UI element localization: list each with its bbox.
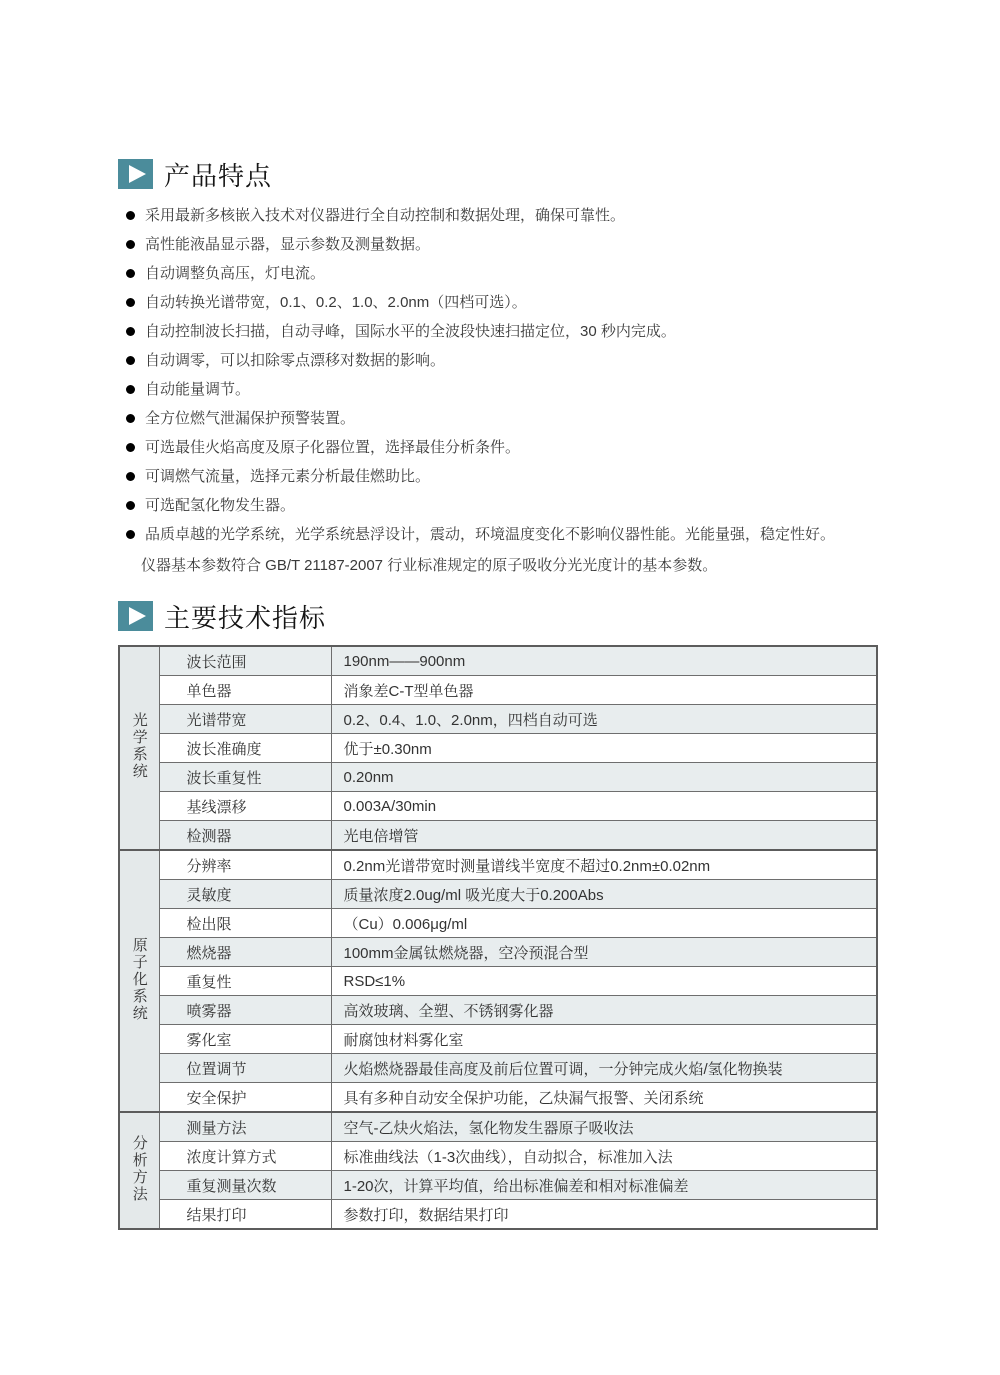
spec-value-cell: 0.2nm光谱带宽时测量谱线半宽度不超过0.2nm±0.02nm (331, 850, 877, 880)
feature-item: 高性能液晶显示器，显示参数及测量数据。 (126, 236, 906, 254)
spec-value-cell: 光电倍增管 (331, 821, 877, 851)
feature-item: 自动能量调节。 (126, 381, 906, 399)
feature-text: 采用最新多核嵌入技术对仪器进行全自动控制和数据处理，确保可靠性。 (145, 207, 625, 225)
spec-row: 波长准确度 优于±0.30nm (119, 734, 877, 763)
feature-item: 可选最佳火焰高度及原子化器位置，选择最佳分析条件。 (126, 439, 906, 457)
feature-item: 可选配氢化物发生器。 (126, 497, 906, 515)
spec-group-cell-atomizer: 原子化系统 (119, 850, 159, 1112)
spec-row: 位置调节 火焰燃烧器最佳高度及前后位置可调，一分钟完成火焰/氢化物换装 (119, 1054, 877, 1083)
spec-label-cell: 结果打印 (159, 1200, 331, 1230)
spec-group-label: 原子化系统 (132, 937, 147, 1022)
feature-item: 采用最新多核嵌入技术对仪器进行全自动控制和数据处理，确保可靠性。 (126, 207, 906, 225)
feature-text: 自动能量调节。 (145, 381, 250, 399)
standards-note: 仪器基本参数符合 GB/T 21187-2007 行业标准规定的原子吸收分光光度… (141, 557, 1000, 575)
spec-label-cell: 分辨率 (159, 850, 331, 880)
spec-table: 光学系统 波长范围 190nm——900nm 单色器 消象差C-T型单色器 光谱… (118, 645, 878, 1230)
feature-item: 可调燃气流量，选择元素分析最佳燃助比。 (126, 468, 906, 486)
feature-text: 可选最佳火焰高度及原子化器位置，选择最佳分析条件。 (145, 439, 520, 457)
spec-label-cell: 测量方法 (159, 1112, 331, 1142)
feature-list: 采用最新多核嵌入技术对仪器进行全自动控制和数据处理，确保可靠性。 高性能液晶显示… (126, 207, 906, 544)
spec-value-cell: 1-20次，计算平均值，给出标准偏差和相对标准偏差 (331, 1171, 877, 1200)
spec-label-cell: 重复性 (159, 967, 331, 996)
spec-group-cell-analysis: 分析方法 (119, 1112, 159, 1229)
spec-row: 光学系统 波长范围 190nm——900nm (119, 646, 877, 676)
section-product-features: 产品特点 采用最新多核嵌入技术对仪器进行全自动控制和数据处理，确保可靠性。 高性… (118, 158, 1000, 575)
bullet-icon (126, 356, 135, 365)
spec-value-cell: 具有多种自动安全保护功能，乙炔漏气报警、关闭系统 (331, 1083, 877, 1113)
bullet-icon (126, 327, 135, 336)
section-header-features: 产品特点 (118, 158, 1000, 190)
feature-item: 自动转换光谱带宽，0.1、0.2、1.0、2.0nm（四档可选）。 (126, 294, 906, 312)
feature-item: 自动调整负高压，灯电流。 (126, 265, 906, 283)
spec-group-cell-optical: 光学系统 (119, 646, 159, 850)
feature-item: 自动控制波长扫描，自动寻峰，国际水平的全波段快速扫描定位，30 秒内完成。 (126, 323, 906, 341)
spec-row: 灵敏度 质量浓度2.0ug/ml 吸光度大于0.200Abs (119, 880, 877, 909)
bullet-icon (126, 211, 135, 220)
bullet-icon (126, 385, 135, 394)
spec-value-cell: 质量浓度2.0ug/ml 吸光度大于0.200Abs (331, 880, 877, 909)
spec-row: 雾化室 耐腐蚀材料雾化室 (119, 1025, 877, 1054)
spec-label-cell: 波长准确度 (159, 734, 331, 763)
arrow-right-icon (118, 159, 153, 189)
spec-value-cell: 参数打印，数据结果打印 (331, 1200, 877, 1230)
feature-text: 可选配氢化物发生器。 (145, 497, 295, 515)
spec-row: 浓度计算方式 标准曲线法（1-3次曲线），自动拟合，标准加入法 (119, 1142, 877, 1171)
bullet-icon (126, 298, 135, 307)
spec-value-cell: 高效玻璃、全塑、不锈钢雾化器 (331, 996, 877, 1025)
spec-value-cell: 标准曲线法（1-3次曲线），自动拟合，标准加入法 (331, 1142, 877, 1171)
spec-row: 单色器 消象差C-T型单色器 (119, 676, 877, 705)
section-title-features: 产品特点 (164, 156, 272, 193)
feature-text: 可调燃气流量，选择元素分析最佳燃助比。 (145, 468, 430, 486)
spec-row: 安全保护 具有多种自动安全保护功能，乙炔漏气报警、关闭系统 (119, 1083, 877, 1113)
spec-value-cell: 优于±0.30nm (331, 734, 877, 763)
spec-row: 原子化系统 分辨率 0.2nm光谱带宽时测量谱线半宽度不超过0.2nm±0.02… (119, 850, 877, 880)
spec-label-cell: 燃烧器 (159, 938, 331, 967)
spec-value-cell: 火焰燃烧器最佳高度及前后位置可调，一分钟完成火焰/氢化物换装 (331, 1054, 877, 1083)
spec-value-cell: 0.003A/30min (331, 792, 877, 821)
triangle-glyph (129, 165, 146, 183)
triangle-glyph (129, 607, 146, 625)
feature-item: 自动调零，可以扣除零点漂移对数据的影响。 (126, 352, 906, 370)
spec-value-cell: 耐腐蚀材料雾化室 (331, 1025, 877, 1054)
bullet-icon (126, 414, 135, 423)
bullet-icon (126, 530, 135, 539)
arrow-right-icon (118, 601, 153, 631)
spec-group-label: 分析方法 (132, 1135, 147, 1203)
bullet-icon (126, 472, 135, 481)
spec-row: 重复测量次数 1-20次，计算平均值，给出标准偏差和相对标准偏差 (119, 1171, 877, 1200)
spec-row: 检测器 光电倍增管 (119, 821, 877, 851)
spec-value-cell: （Cu）0.006μg/ml (331, 909, 877, 938)
spec-label-cell: 安全保护 (159, 1083, 331, 1113)
spec-label-cell: 波长范围 (159, 646, 331, 676)
feature-text: 自动调零，可以扣除零点漂移对数据的影响。 (145, 352, 445, 370)
spec-row: 波长重复性 0.20nm (119, 763, 877, 792)
feature-text: 自动转换光谱带宽，0.1、0.2、1.0、2.0nm（四档可选）。 (145, 294, 527, 312)
spec-value-cell: 空气-乙炔火焰法，氢化物发生器原子吸收法 (331, 1112, 877, 1142)
bullet-icon (126, 269, 135, 278)
spec-label-cell: 光谱带宽 (159, 705, 331, 734)
spec-label-cell: 灵敏度 (159, 880, 331, 909)
spec-value-cell: 100mm金属钛燃烧器，空冷预混合型 (331, 938, 877, 967)
bullet-icon (126, 501, 135, 510)
section-technical-specs: 主要技术指标 光学系统 波长范围 190nm——900nm 单色器 消象差C-T… (118, 600, 1000, 1230)
spec-label-cell: 波长重复性 (159, 763, 331, 792)
spec-label-cell: 雾化室 (159, 1025, 331, 1054)
feature-text: 自动调整负高压，灯电流。 (145, 265, 325, 283)
feature-text: 全方位燃气泄漏保护预警装置。 (145, 410, 355, 428)
spec-label-cell: 位置调节 (159, 1054, 331, 1083)
spec-row: 重复性 RSD≤1% (119, 967, 877, 996)
feature-item: 全方位燃气泄漏保护预警装置。 (126, 410, 906, 428)
spec-row: 分析方法 测量方法 空气-乙炔火焰法，氢化物发生器原子吸收法 (119, 1112, 877, 1142)
spec-value-cell: 0.2、0.4、1.0、2.0nm，四档自动可选 (331, 705, 877, 734)
section-header-specs: 主要技术指标 (118, 600, 1000, 632)
spec-row: 光谱带宽 0.2、0.4、1.0、2.0nm，四档自动可选 (119, 705, 877, 734)
feature-text: 自动控制波长扫描，自动寻峰，国际水平的全波段快速扫描定位，30 秒内完成。 (145, 323, 676, 341)
spec-group-label: 光学系统 (132, 712, 147, 780)
bullet-icon (126, 443, 135, 452)
spec-row: 基线漂移 0.003A/30min (119, 792, 877, 821)
spec-label-cell: 基线漂移 (159, 792, 331, 821)
document-page: 产品特点 采用最新多核嵌入技术对仪器进行全自动控制和数据处理，确保可靠性。 高性… (0, 0, 1000, 1375)
spec-row: 结果打印 参数打印，数据结果打印 (119, 1200, 877, 1230)
spec-row: 检出限 （Cu）0.006μg/ml (119, 909, 877, 938)
spec-label-cell: 浓度计算方式 (159, 1142, 331, 1171)
spec-label-cell: 重复测量次数 (159, 1171, 331, 1200)
spec-value-cell: 0.20nm (331, 763, 877, 792)
section-title-specs: 主要技术指标 (164, 598, 326, 635)
spec-row: 喷雾器 高效玻璃、全塑、不锈钢雾化器 (119, 996, 877, 1025)
spec-row: 燃烧器 100mm金属钛燃烧器，空冷预混合型 (119, 938, 877, 967)
spec-value-cell: 190nm——900nm (331, 646, 877, 676)
spec-value-cell: RSD≤1% (331, 967, 877, 996)
feature-text: 品质卓越的光学系统，光学系统悬浮设计，震动，环境温度变化不影响仪器性能。光能量强… (145, 526, 835, 544)
spec-value-cell: 消象差C-T型单色器 (331, 676, 877, 705)
feature-text: 高性能液晶显示器，显示参数及测量数据。 (145, 236, 430, 254)
spec-label-cell: 检出限 (159, 909, 331, 938)
spec-label-cell: 喷雾器 (159, 996, 331, 1025)
bullet-icon (126, 240, 135, 249)
feature-item: 品质卓越的光学系统，光学系统悬浮设计，震动，环境温度变化不影响仪器性能。光能量强… (126, 526, 906, 544)
spec-label-cell: 单色器 (159, 676, 331, 705)
spec-label-cell: 检测器 (159, 821, 331, 851)
